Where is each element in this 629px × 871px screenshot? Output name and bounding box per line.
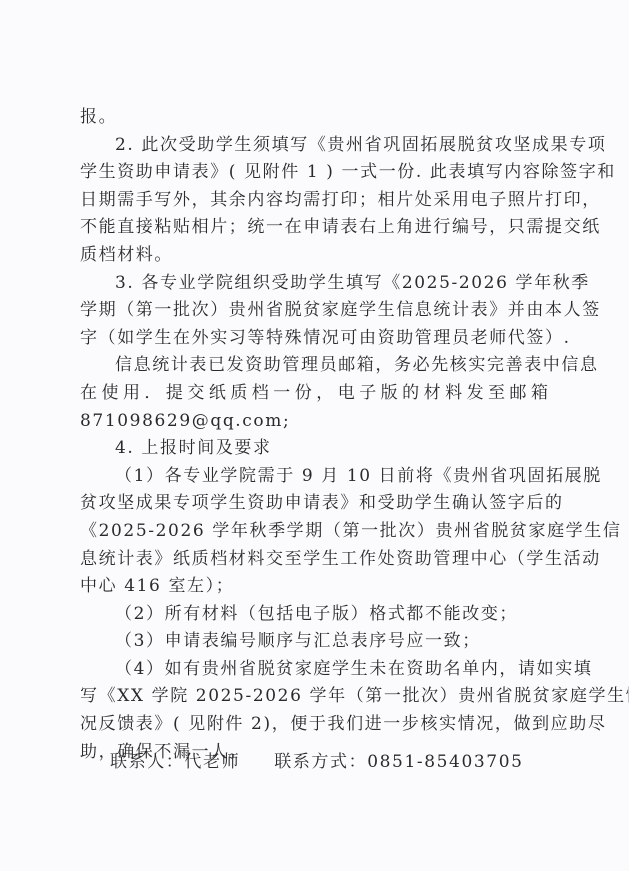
text-line: 报。 (80, 104, 548, 132)
text-line: 日期需手写外，其余内容均需打印；相片处采用电子照片打印， (80, 187, 548, 215)
text-line: 信息统计表已发资助管理员邮箱，务必先核实完善表中信息 (80, 352, 548, 380)
contact-method-label: 联系方式： (274, 750, 367, 774)
text-line: 息统计表》纸质档材料交至学生工作处资助管理中心（学生活动 (80, 546, 548, 574)
document-body: 报。 2. 此次受助学生须填写《贵州省巩固拓展脱贫攻坚成果专项 学生资助申请表》… (80, 104, 548, 766)
text-line: 学期（第一批次）贵州省脱贫家庭学生信息统计表》并由本人签 (80, 297, 548, 325)
text-line: （3）申请表编号顺序与汇总表序号应一致； (80, 628, 548, 656)
email-address: 871098629@qq.com; (80, 408, 548, 436)
contact-info: 联系人：代老师联系方式：0851-85403705 (110, 750, 524, 774)
text-line: （4）如有贵州省脱贫家庭学生未在资助名单内，请如实填 (80, 656, 548, 684)
text-line: 中心 416 室左）； (80, 573, 548, 601)
text-line: 写《XX 学院 2025-2026 学年（第一批次）贵州省脱贫家庭学生情 (80, 683, 548, 711)
text-line: （2）所有材料（包括电子版）格式都不能改变； (80, 601, 548, 629)
text-line: 况反馈表》( 见附件 2)，便于我们进一步核实情况，做到应助尽 (80, 711, 548, 739)
text-line: 在使用．提交纸质档一份，电子版的材料发至邮箱 (80, 380, 548, 408)
text-line: 贫攻坚成果专项学生资助申请表》和受助学生确认签字后的 (80, 490, 548, 518)
text-line: 学生资助申请表》( 见附件 1 ) 一式一份. 此表填写内容除签字和 (80, 159, 548, 187)
text-line: （1）各专业学院需于 9 月 10 日前将《贵州省巩固拓展脱 (80, 463, 548, 491)
text-line: 2. 此次受助学生须填写《贵州省巩固拓展脱贫攻坚成果专项 (80, 132, 548, 160)
text-line: 《2025-2026 学年秋季学期（第一批次）贵州省脱贫家庭学生信 (80, 518, 548, 546)
section-heading: 4. 上报时间及要求 (80, 435, 548, 463)
text-line: 字（如学生在外实习等特殊情况可由资助管理员老师代签）. (80, 325, 548, 353)
document-page: 报。 2. 此次受助学生须填写《贵州省巩固拓展脱贫攻坚成果专项 学生资助申请表》… (0, 0, 629, 871)
contact-person-label: 联系人： (110, 750, 184, 774)
contact-phone: 0851-85403705 (367, 750, 523, 774)
text-line: 3. 各专业学院组织受助学生填写《2025-2026 学年秋季 (80, 270, 548, 298)
contact-person-name: 代老师 (184, 750, 240, 774)
text-line: 质档材料。 (80, 242, 548, 270)
text-line: 不能直接粘贴相片；统一在申请表右上角进行编号，只需提交纸 (80, 214, 548, 242)
